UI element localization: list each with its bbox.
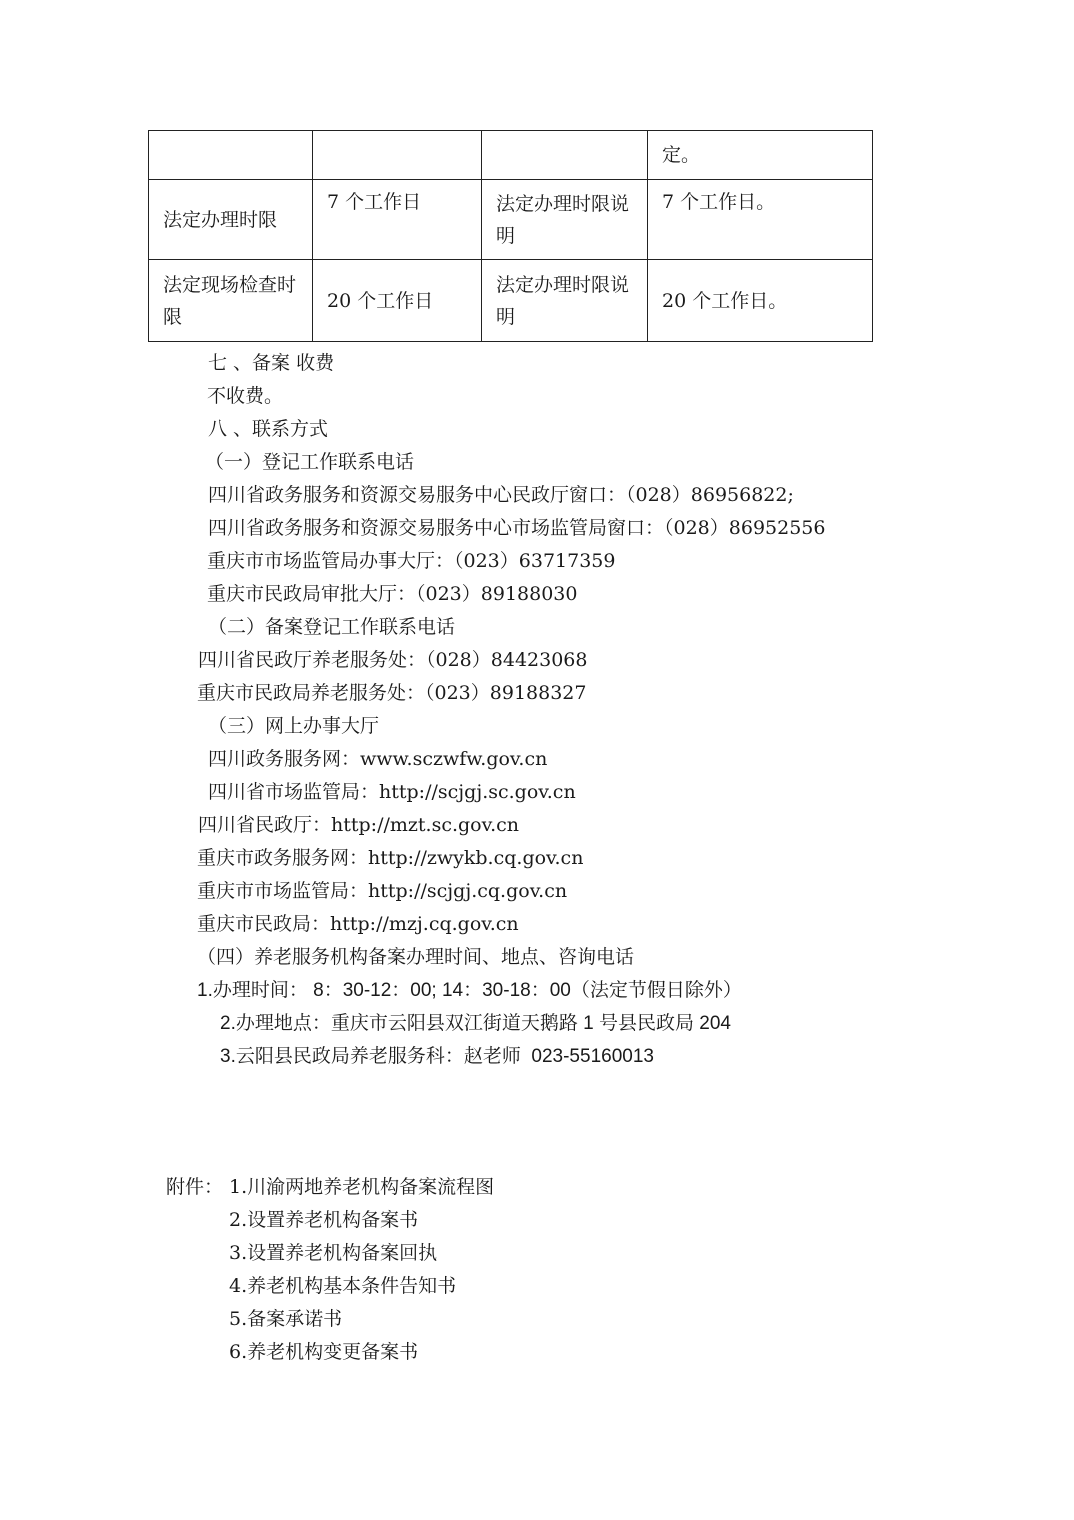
contact-line: 四川省政务服务和资源交易服务中心市场监管局窗口：（028）86952556: [208, 516, 825, 540]
website-line: 四川政务服务网：www.sczwfw.gov.cn: [208, 747, 547, 771]
sub3-heading: （三）网上办事大厅: [208, 714, 379, 738]
table-cell: 7 个工作日: [313, 180, 482, 260]
contact-line: 重庆市民政局养老服务处：（023）89188327: [197, 681, 586, 705]
fee-heading: 七 、备案 收费: [208, 351, 334, 375]
attachment-item: 3.设置养老机构备案回执: [229, 1241, 437, 1265]
table-cell: 法定办理时限说明: [482, 260, 648, 342]
table-cell: 定。: [648, 131, 873, 180]
table-cell: [482, 131, 648, 180]
table-cell: 法定现场检查时限: [149, 260, 313, 342]
attachment-item: 1.川渝两地养老机构备案流程图: [229, 1175, 494, 1199]
website-line: 四川省民政厅：http://mzt.sc.gov.cn: [198, 813, 519, 837]
contact-line: 重庆市民政局审批大厅：（023）89188030: [207, 582, 577, 606]
attachments-label: 附件：: [166, 1175, 223, 1199]
contact-line: 四川省政务服务和资源交易服务中心民政厅窗口：（028）86956822;: [208, 483, 794, 507]
website-line: 重庆市政务服务网：http://zwykb.cq.gov.cn: [197, 846, 583, 870]
attachment-item: 6.养老机构变更备案书: [229, 1340, 418, 1364]
table-cell: 20 个工作日。: [648, 260, 873, 342]
table-row: 法定办理时限 7 个工作日 法定办理时限说明 7 个工作日。: [149, 180, 873, 260]
table-row: 法定现场检查时限 20 个工作日 法定办理时限说明 20 个工作日。: [149, 260, 873, 342]
office-info-line: 2.办理地点：重庆市云阳县双江街道天鹅路 1 号县民政局 204: [220, 1012, 731, 1036]
table-cell: 7 个工作日。: [648, 180, 873, 260]
office-info-line: 1.办理时间： 8：30-12：00; 14：30-18：00（法定节假日除外）: [197, 979, 742, 1003]
table-cell: [313, 131, 482, 180]
website-line: 重庆市市场监管局：http://scjgj.cq.gov.cn: [197, 879, 567, 903]
table-cell: [149, 131, 313, 180]
contact-line: 四川省民政厅养老服务处：（028）84423068: [198, 648, 587, 672]
contact-line: 重庆市市场监管局办事大厅：（023）63717359: [207, 549, 615, 573]
website-line: 重庆市民政局：http://mzj.cq.gov.cn: [197, 912, 519, 936]
fee-text: 不收费。: [207, 384, 283, 408]
table-cell: 法定办理时限说明: [482, 180, 648, 260]
attachment-item: 2.设置养老机构备案书: [229, 1208, 418, 1232]
attachment-item: 5.备案承诺书: [229, 1307, 342, 1331]
website-line: 四川省市场监管局：http://scjgj.sc.gov.cn: [208, 780, 576, 804]
time-limit-table: 定。 法定办理时限 7 个工作日 法定办理时限说明 7 个工作日。 法定现场检查…: [148, 130, 873, 342]
attachment-item: 4.养老机构基本条件告知书: [229, 1274, 456, 1298]
sub2-heading: （二）备案登记工作联系电话: [208, 615, 455, 639]
table-row: 定。: [149, 131, 873, 180]
office-info-line: 3.云阳县民政局养老服务科：赵老师 023-55160013: [220, 1045, 654, 1069]
table-cell: 法定办理时限: [149, 180, 313, 260]
contact-heading: 八 、联系方式: [208, 417, 328, 441]
sub4-heading: （四）养老服务机构备案办理时间、地点、咨询电话: [197, 946, 634, 970]
table-cell: 20 个工作日: [313, 260, 482, 342]
sub1-heading: （一）登记工作联系电话: [205, 450, 414, 474]
